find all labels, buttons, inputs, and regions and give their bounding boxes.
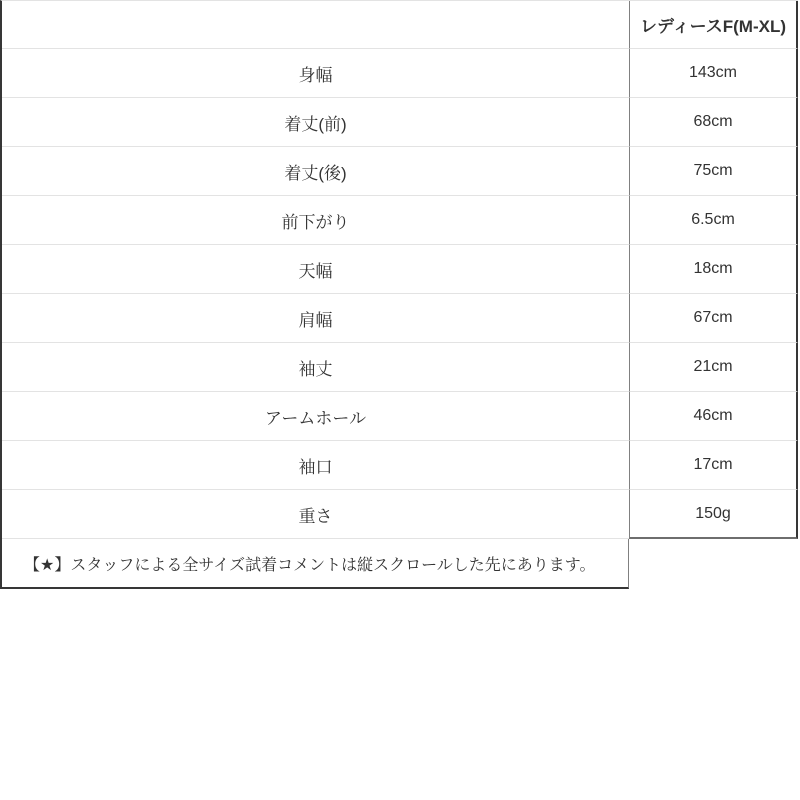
measurement-value: 17cm	[629, 441, 798, 490]
table-row: 袖丈 21cm	[2, 343, 798, 392]
measurement-label: 袖口	[2, 441, 629, 490]
table-row: 身幅 143cm	[2, 49, 798, 98]
table-row: 重さ 150g	[2, 490, 798, 539]
table-row: 肩幅 67cm	[2, 294, 798, 343]
table-row: アームホール 46cm	[2, 392, 798, 441]
table-row: 袖口 17cm	[2, 441, 798, 490]
measurement-label: 着丈(後)	[2, 147, 629, 196]
measurement-label: 肩幅	[2, 294, 629, 343]
footnote: 【★】スタッフによる全サイズ試着コメントは縦スクロールした先にあります。	[2, 539, 629, 589]
measurement-value: 6.5cm	[629, 196, 798, 245]
size-column-header: レディースF(M-XL)	[629, 1, 798, 49]
measurement-label: 着丈(前)	[2, 98, 629, 147]
measurement-value: 21cm	[629, 343, 798, 392]
table-row: 着丈(後) 75cm	[2, 147, 798, 196]
measurement-label: 身幅	[2, 49, 629, 98]
measurement-label: 重さ	[2, 490, 629, 539]
measurement-value: 150g	[629, 490, 798, 539]
measurement-value: 46cm	[629, 392, 798, 441]
measurement-label: 前下がり	[2, 196, 629, 245]
header-empty-cell	[2, 1, 629, 49]
table-row: 天幅 18cm	[2, 245, 798, 294]
measurement-label: 天幅	[2, 245, 629, 294]
measurement-label: 袖丈	[2, 343, 629, 392]
measurement-value: 18cm	[629, 245, 798, 294]
table-row: 前下がり 6.5cm	[2, 196, 798, 245]
size-spec-table: レディースF(M-XL) 身幅 143cm 着丈(前) 68cm 着丈(後) 7…	[0, 0, 798, 589]
measurement-value: 143cm	[629, 49, 798, 98]
footer-row: 【★】スタッフによる全サイズ試着コメントは縦スクロールした先にあります。	[2, 539, 798, 589]
measurement-label: アームホール	[2, 392, 629, 441]
measurement-rows: 身幅 143cm 着丈(前) 68cm 着丈(後) 75cm 前下がり 6.5c…	[2, 49, 798, 539]
measurement-value: 68cm	[629, 98, 798, 147]
header-row: レディースF(M-XL)	[2, 1, 798, 49]
measurement-value: 67cm	[629, 294, 798, 343]
measurement-value: 75cm	[629, 147, 798, 196]
table-row: 着丈(前) 68cm	[2, 98, 798, 147]
